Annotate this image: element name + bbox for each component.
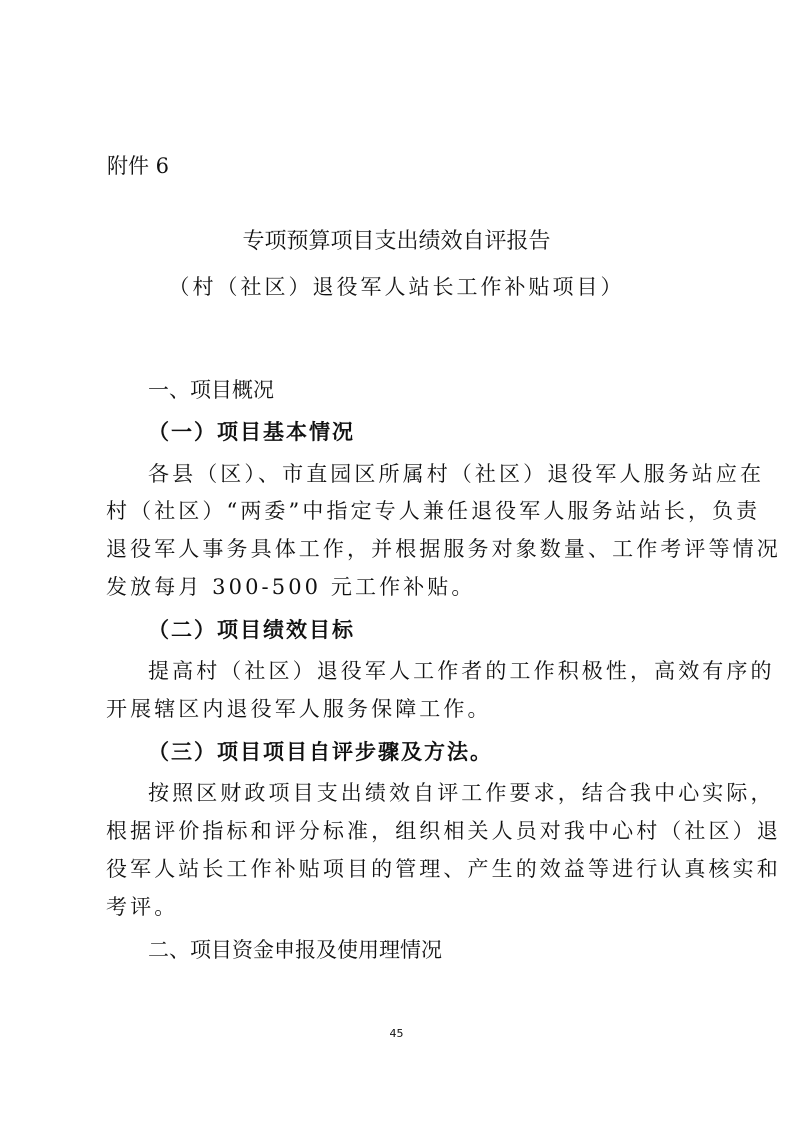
paragraph-line: 考评。: [106, 891, 178, 921]
paragraph-line: 各县（区）、市直园区所属村（社区）退役军人服务站应在: [148, 458, 764, 488]
subsection-heading-self-eval-method: （三）项目项目自评步骤及方法。: [148, 736, 493, 766]
document-subtitle: （村（社区）退役军人站长工作补贴项目）: [0, 271, 793, 301]
subsection-heading-performance-goal: （二）项目绩效目标: [148, 614, 355, 644]
paragraph-line: 根据评价指标和评分标准，组织相关人员对我中心村（社区）退: [106, 815, 781, 845]
document-title: 专项预算项目支出绩效自评报告: [0, 224, 793, 255]
paragraph-line: 退役军人事务具体工作，并根据服务对象数量、工作考评等情况: [106, 533, 781, 563]
annex-label: 附件 6: [107, 150, 169, 180]
paragraph-line: 役军人站长工作补贴项目的管理、产生的效益等进行认真核实和: [106, 853, 781, 883]
paragraph-line: 村（社区）“两委”中指定专人兼任退役军人服务站站长，负责: [106, 495, 760, 525]
subsection-heading-basic-info: （一）项目基本情况: [148, 416, 355, 446]
paragraph-line: 发放每月 300-500 元工作补贴。: [106, 571, 476, 601]
section-heading-overview: 一、项目概况: [148, 374, 274, 404]
paragraph-line: 按照区财政项目支出绩效自评工作要求，结合我中心实际，: [148, 777, 775, 807]
paragraph-line: 开展辖区内退役军人服务保障工作。: [106, 693, 492, 723]
paragraph-line: 提高村（社区）退役军人工作者的工作积极性，高效有序的: [148, 655, 775, 685]
page-number: 45: [0, 1027, 793, 1040]
section-heading-funding: 二、项目资金申报及使用理情况: [148, 934, 442, 964]
